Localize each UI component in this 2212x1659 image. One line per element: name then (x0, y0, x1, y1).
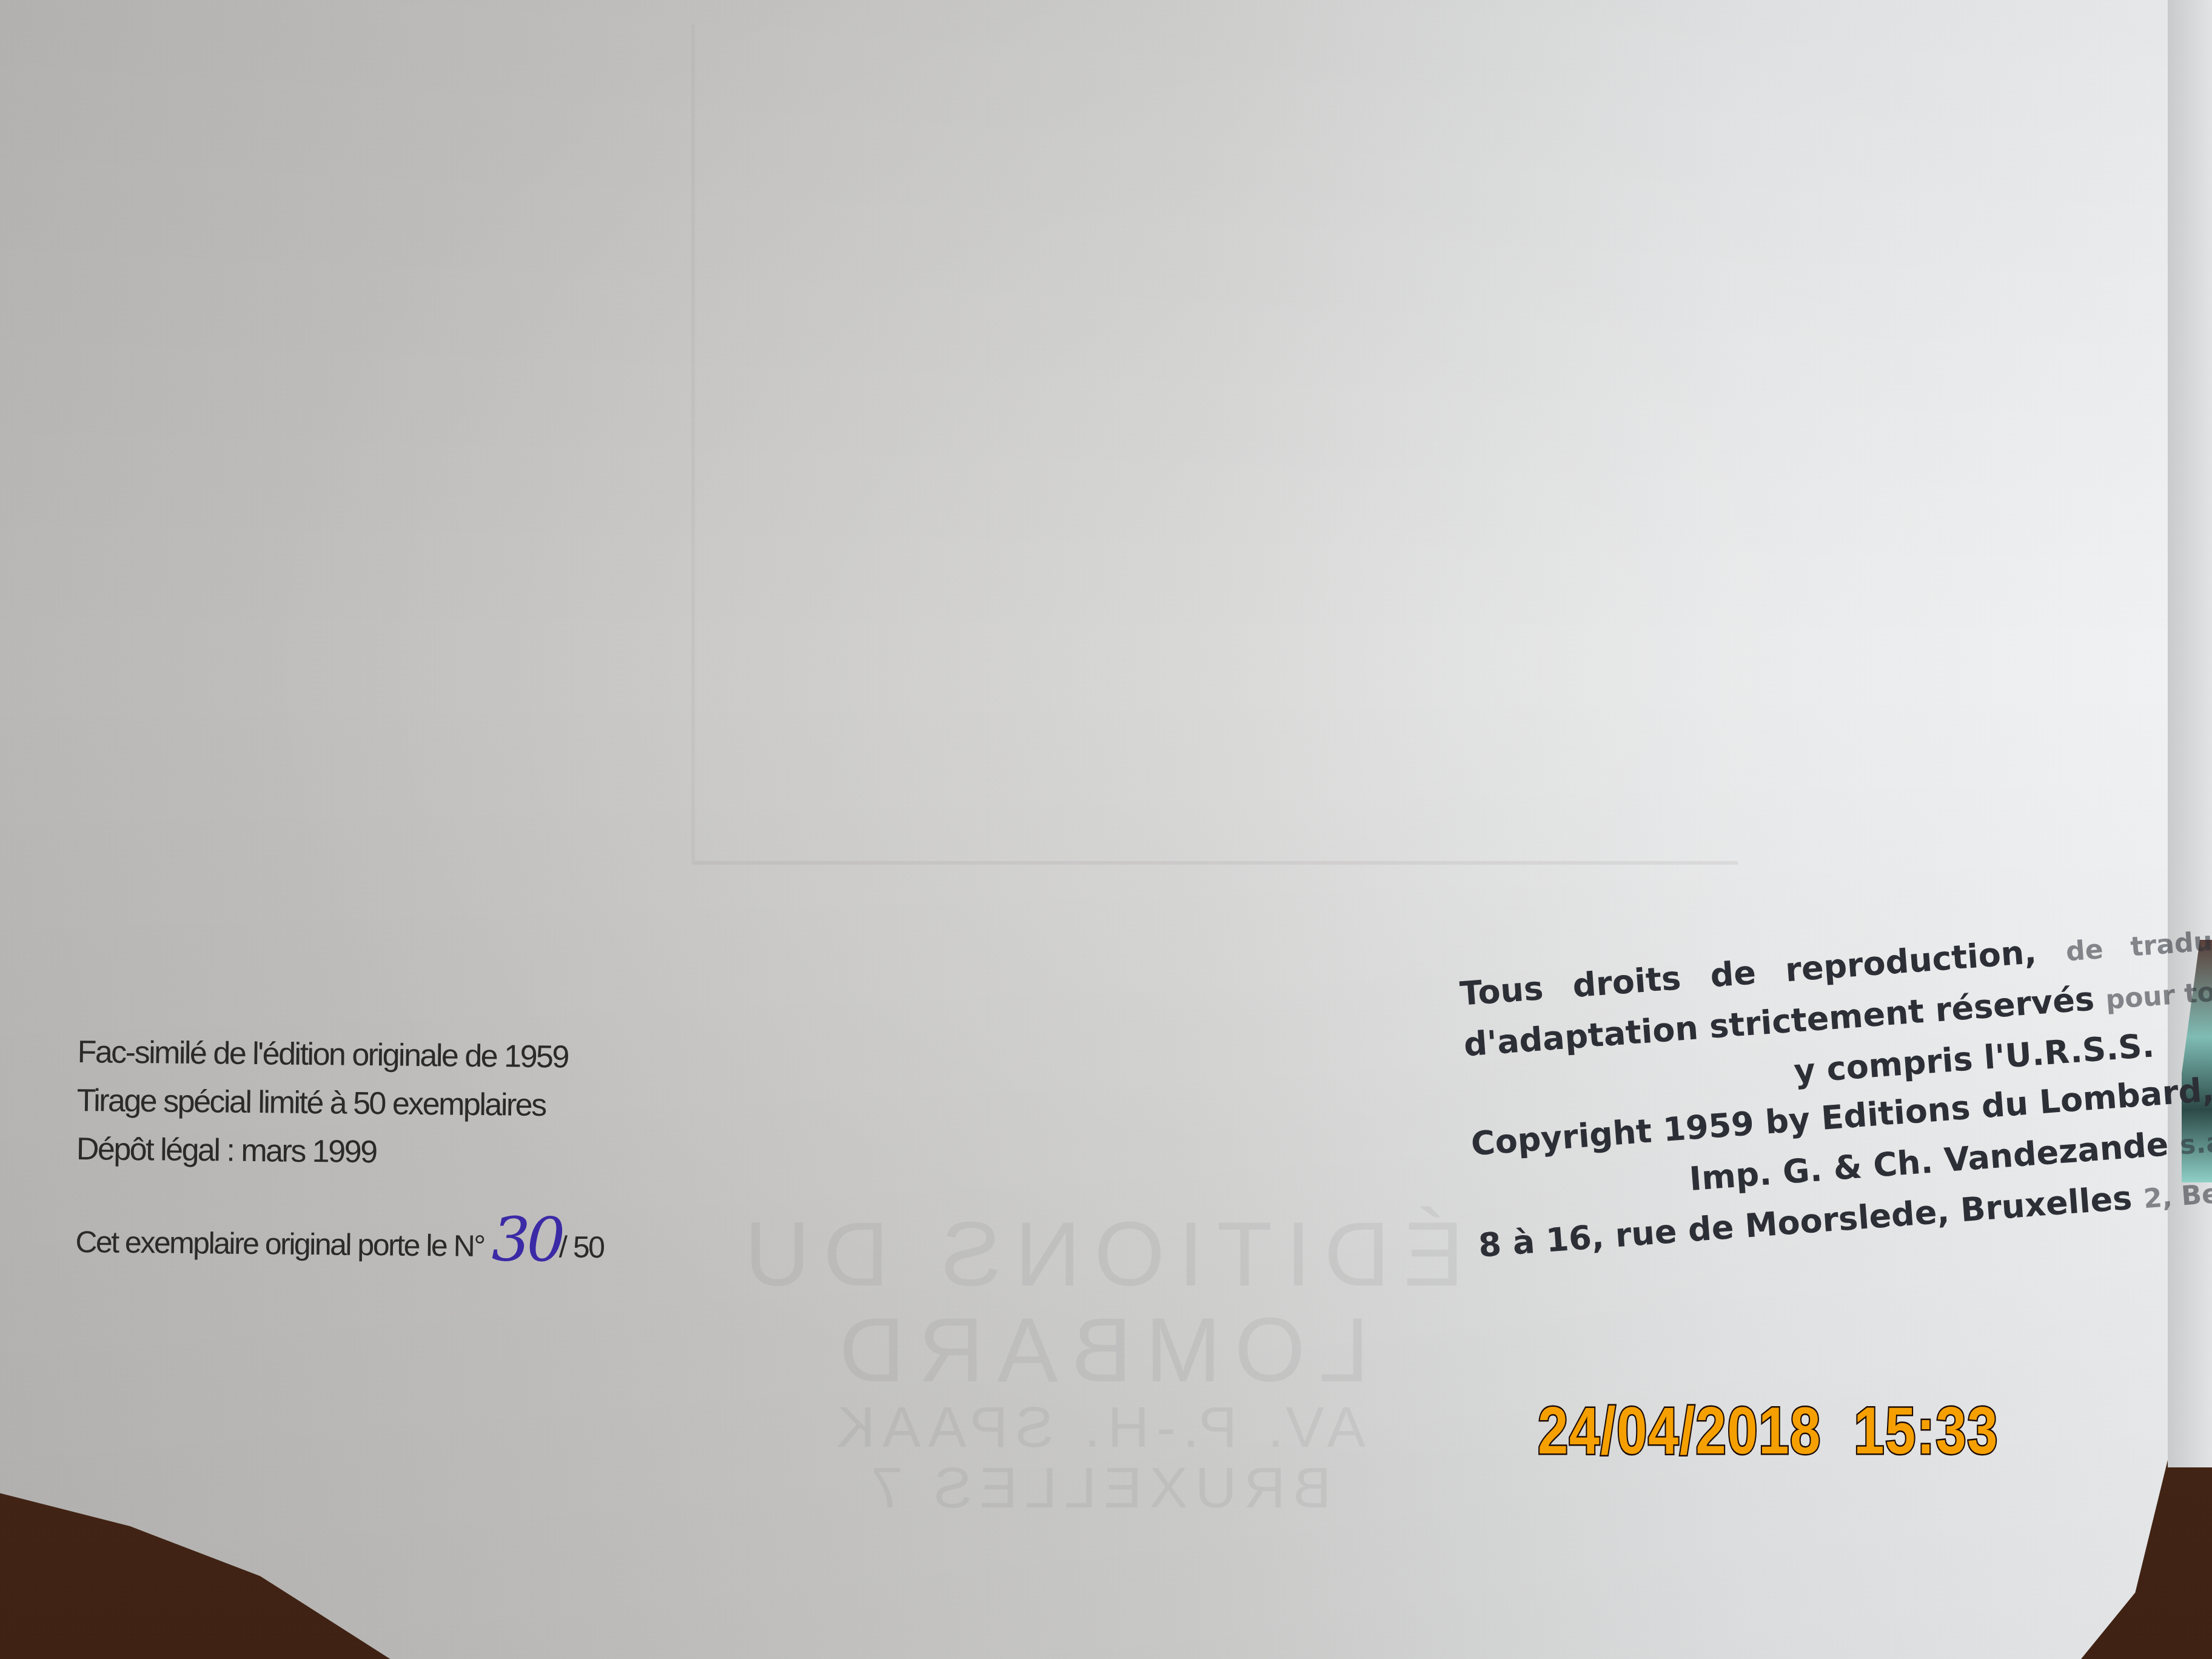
legal-deposit-line: Dépôt légal : mars 1999 (76, 1125, 605, 1179)
copyright-notice: Tous droits de reproduction, de tradu d'… (1458, 911, 2212, 1272)
show-through-illustration (691, 24, 1738, 865)
handwritten-copy-number: 30 (491, 1204, 561, 1275)
edition-notice: Fac-similé de l'édition originale de 195… (75, 1028, 606, 1272)
facsimile-line: Fac-similé de l'édition originale de 195… (77, 1028, 606, 1082)
adjacent-page (2168, 0, 2212, 1467)
show-through-publisher-text: ÉDITIONS DU LOMBARD AV. P.-H. SPAAK BRUX… (643, 1207, 1552, 1519)
limited-print-line: Tirage spécial limité à 50 exemplaires (76, 1076, 605, 1130)
camera-timestamp: 24/04/2018 15:33 (1538, 1392, 1999, 1469)
copy-number-line: Cet exemplaire original porte le N°30/ 5… (75, 1211, 604, 1272)
